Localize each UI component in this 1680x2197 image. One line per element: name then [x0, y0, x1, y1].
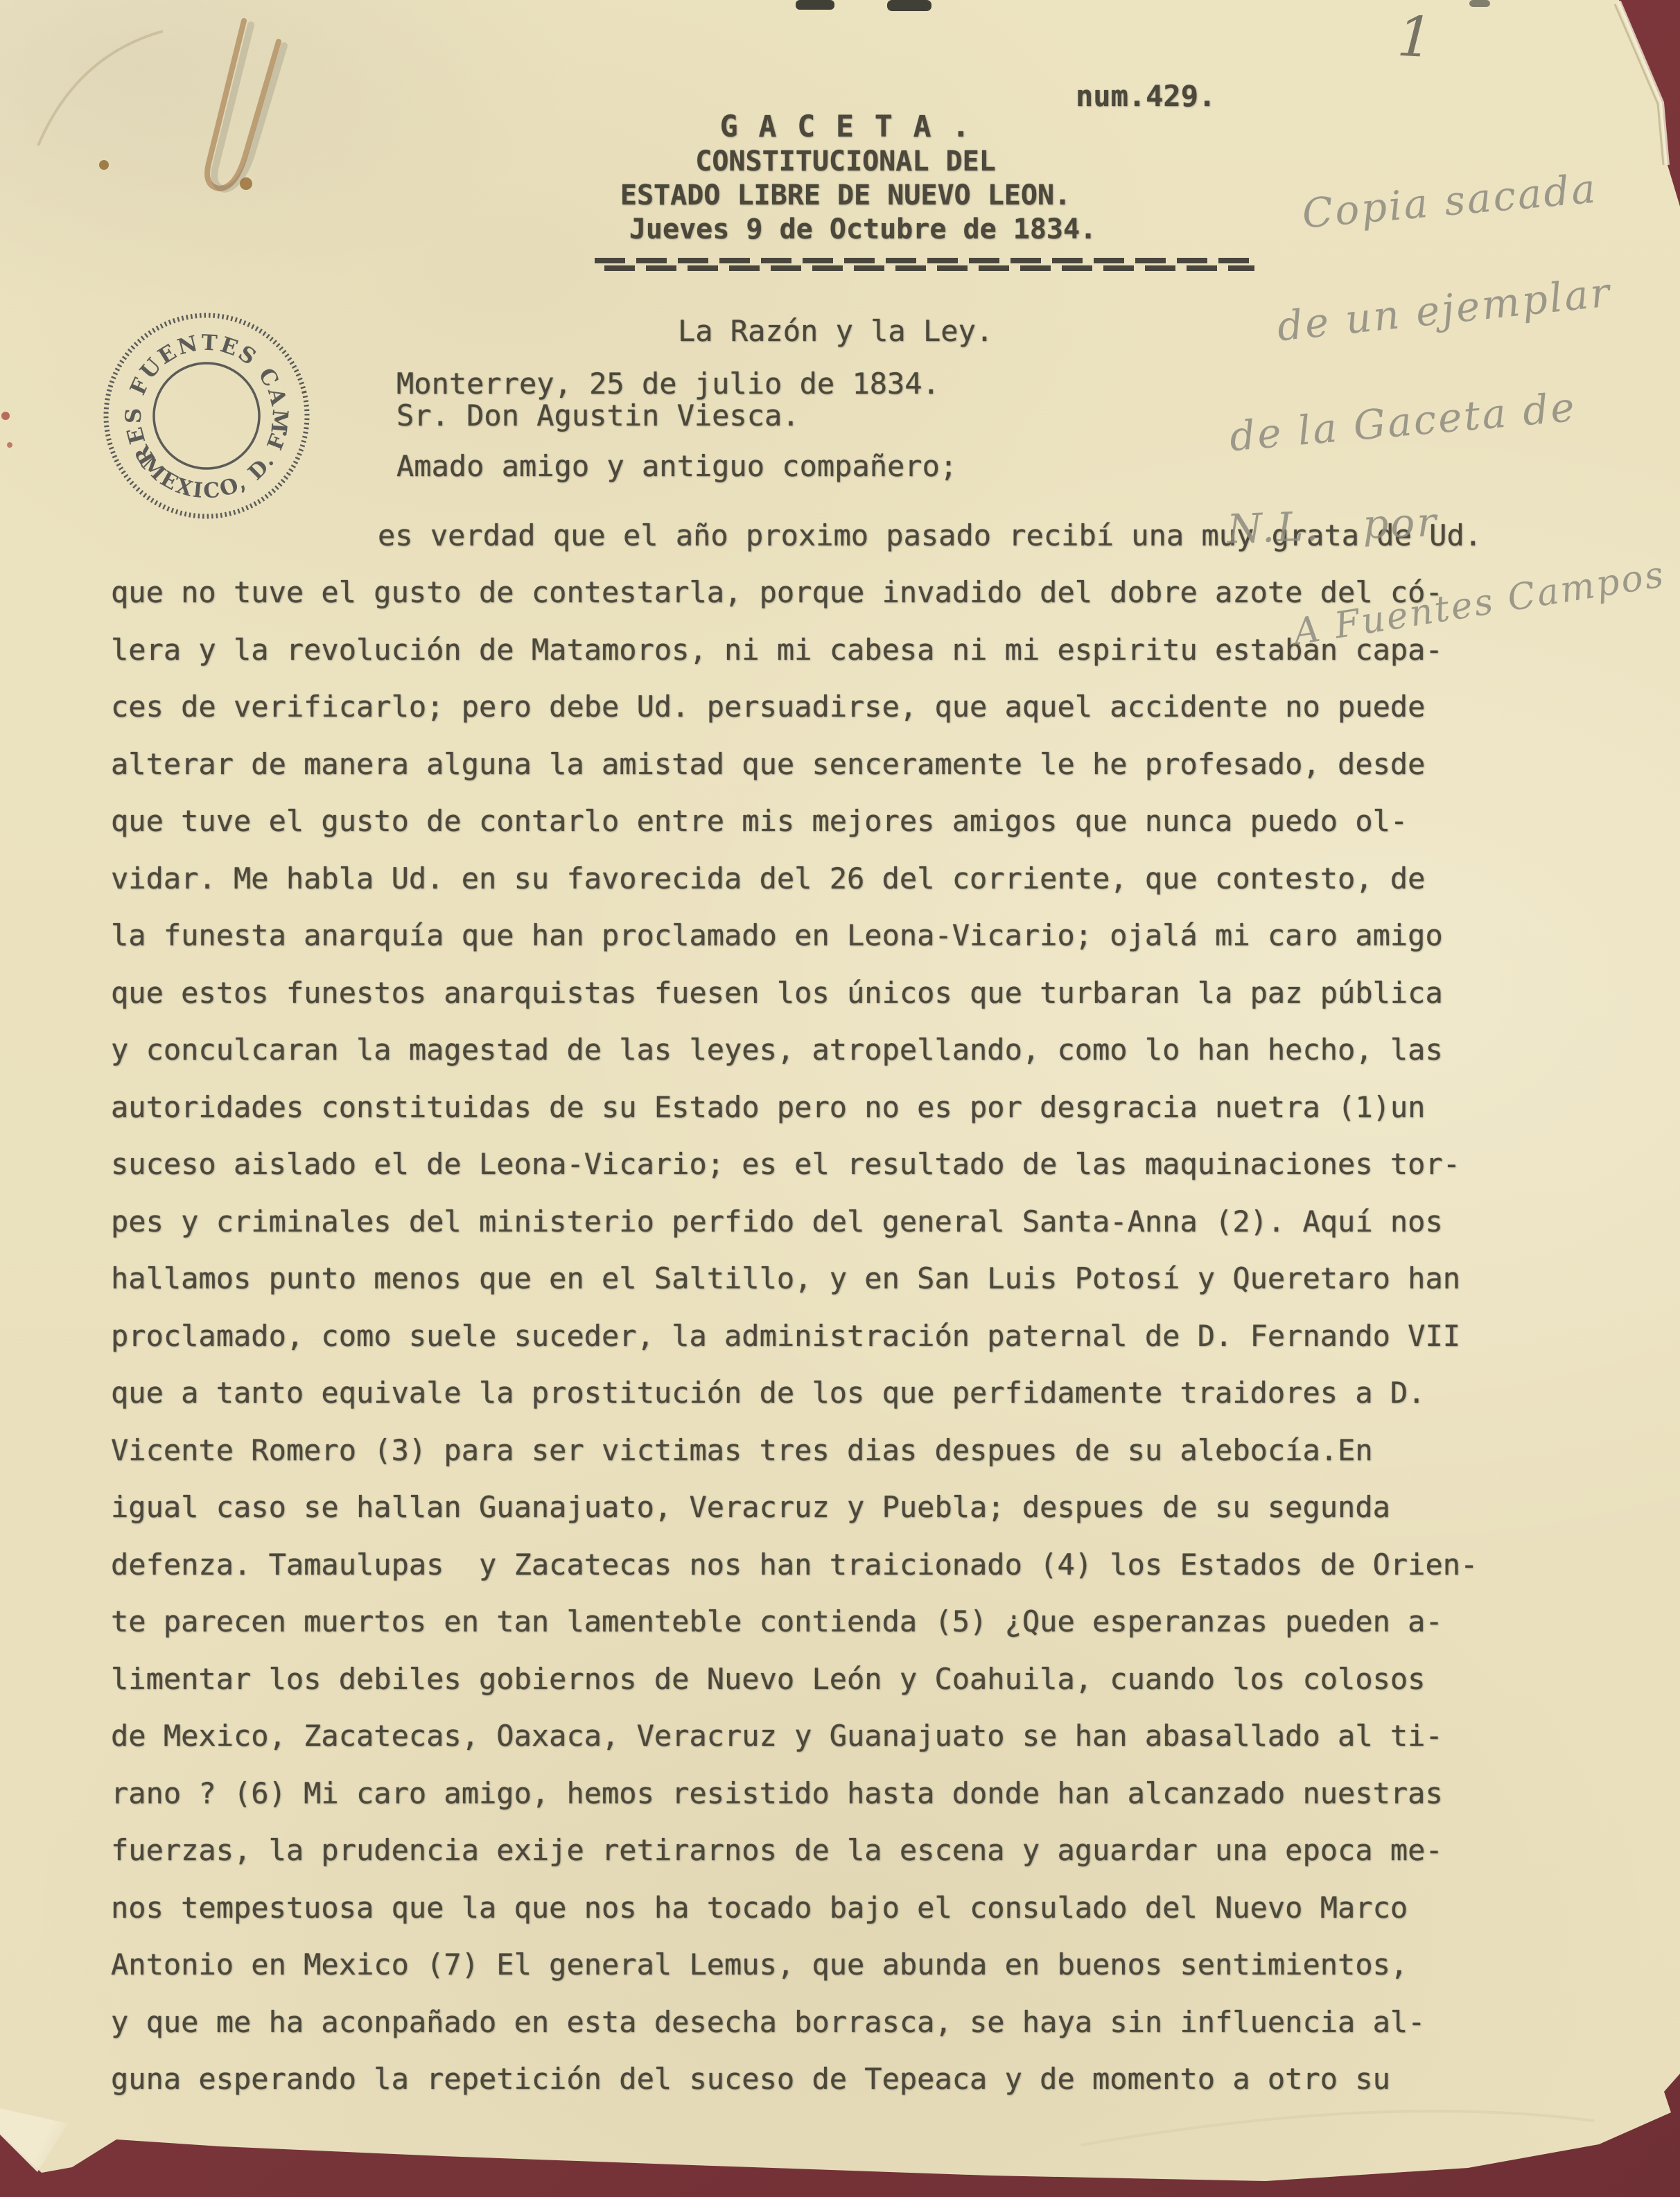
- salutation: Amado amigo y antiguo compañero;: [396, 450, 957, 482]
- body-line: pes y criminales del ministerio perfido …: [111, 1206, 1443, 1238]
- body-line: autoridades constituidas de su Estado pe…: [111, 1092, 1425, 1123]
- pencil-note-line: de la Gaceta de: [1227, 383, 1578, 460]
- body-line: hallamos punto menos que en el Saltillo,…: [111, 1263, 1460, 1295]
- body-line: te parecen muertos en tan lamenteble con…: [111, 1606, 1443, 1638]
- dateline: Monterrey, 25 de julio de 1834.: [396, 368, 940, 400]
- body-line: vidar. Me habla Ud. en su favorecida del…: [111, 863, 1425, 895]
- masthead-line3: ESTADO LIBRE DE NUEVO LEON.: [478, 180, 1213, 211]
- body-line: Vicente Romero (3) para ser victimas tre…: [111, 1435, 1373, 1467]
- body-line: y conculcaran la magestad de las leyes, …: [111, 1034, 1443, 1066]
- body-line: igual caso se hallan Guanajuato, Veracru…: [111, 1491, 1390, 1523]
- motto: La Razón y la Ley.: [678, 315, 993, 347]
- body-line: suceso aislado el de Leona-Vicario; es e…: [111, 1148, 1460, 1180]
- body-line: que tuve el gusto de contarlo entre mis …: [111, 805, 1408, 837]
- pencil-note: Copia sacada de un ejemplar de la Gaceta…: [1211, 165, 1680, 708]
- body-line: alterar de manera alguna la amistad que …: [111, 749, 1425, 780]
- body-line: rano ? (6) Mi caro amigo, hemos resistid…: [111, 1778, 1443, 1810]
- pencil-note-line: N.L. por: [1226, 498, 1439, 553]
- body-line: guna esperando la repetición del suceso …: [111, 2063, 1390, 2095]
- body-line: limentar los debiles gobiernos de Nuevo …: [111, 1663, 1425, 1695]
- pencil-signature: A Fuentes Campos: [1290, 554, 1668, 654]
- circular-stamp: ANDRES FUENTES CAMPOS MEXICO, D. F.: [103, 312, 310, 520]
- masthead: G A C E T A . CONSTITUCIONAL DEL ESTADO …: [478, 0, 1213, 245]
- body-line: y que me ha aconpañado en esta desecha b…: [111, 2006, 1425, 2038]
- masthead-date: Jueves 9 de Octubre de 1834.: [496, 214, 1230, 245]
- masthead-line2: CONSTITUCIONAL DEL: [478, 146, 1213, 177]
- pencil-note-line: de un ejemplar: [1275, 268, 1613, 350]
- body-line: que estos funestos anarquistas fuesen lo…: [111, 977, 1443, 1009]
- pencil-corner-mark: 1: [1396, 9, 1434, 67]
- body-line: Antonio en Mexico (7) El general Lemus, …: [111, 1949, 1408, 1981]
- body-line: nos tempestuosa que la que nos ha tocado…: [111, 1892, 1408, 1924]
- divider-rule: [595, 258, 1254, 273]
- body-line: defenza. Tamaulupas y Zacatecas nos han …: [111, 1549, 1478, 1581]
- body-line: proclamado, como suele suceder, la admin…: [111, 1320, 1460, 1352]
- body-line: de Mexico, Zacatecas, Oaxaca, Veracruz y…: [111, 1720, 1443, 1752]
- scanned-letter-page: num.429. G A C E T A . CONSTITUCIONAL DE…: [0, 0, 1680, 2197]
- body-line: fuerzas, la prudencia exije retirarnos d…: [111, 1835, 1443, 1866]
- addressee: Sr. Don Agustin Viesca.: [396, 400, 800, 432]
- masthead-title: G A C E T A .: [478, 111, 1213, 143]
- body-line: que a tanto equivale la prostitución de …: [111, 1377, 1425, 1409]
- body-line: la funesta anarquía que han proclamado e…: [111, 920, 1443, 952]
